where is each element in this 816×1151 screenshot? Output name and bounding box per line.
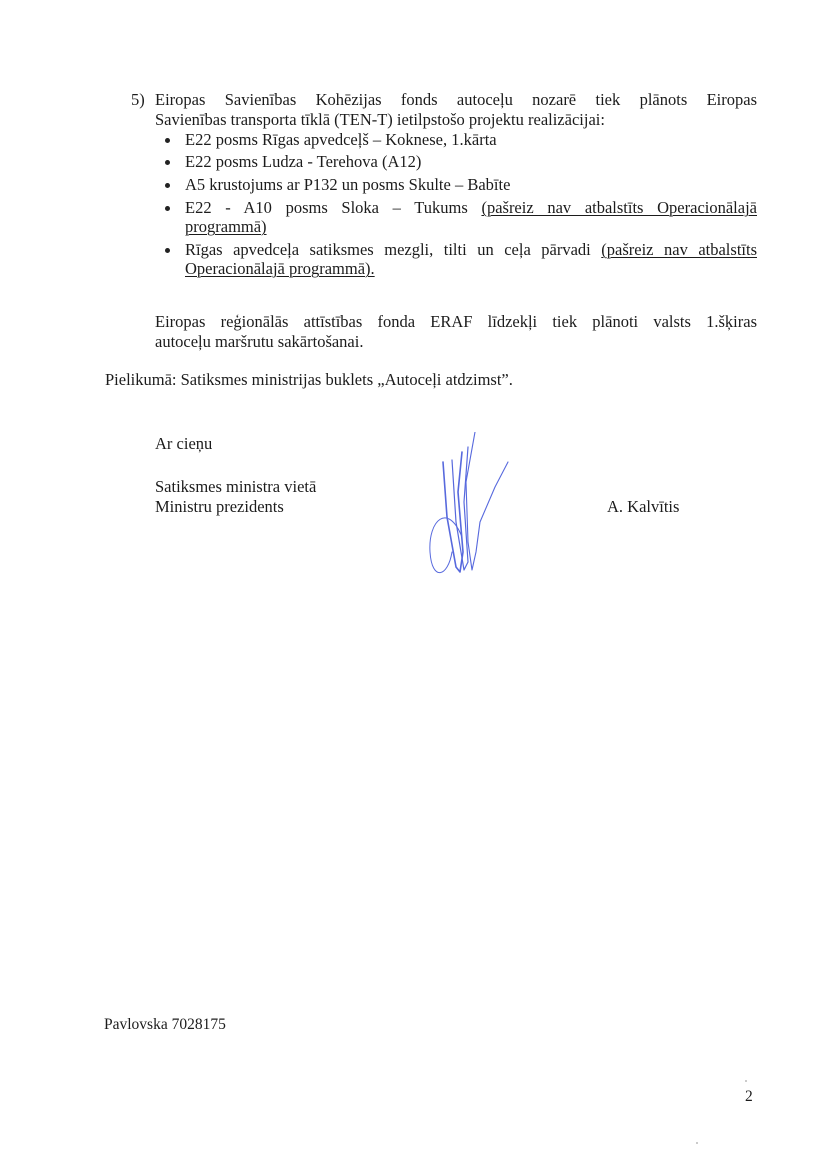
- closing-regards: Ar cieņu: [155, 434, 212, 454]
- list-item-note-cont: programmā): [185, 217, 267, 237]
- page-number: 2: [745, 1087, 753, 1107]
- item5-line1: Eiropas Savienības Kohēzijas fonds autoc…: [155, 90, 757, 110]
- list-item-note-cont: Operacionālajā programmā).: [185, 259, 375, 279]
- list-item-text: E22 - A10 posms Sloka – Tukums: [185, 198, 481, 217]
- list-item: A5 krustojums ar P132 un posms Skulte – …: [185, 175, 510, 195]
- item5-line2: Savienības transporta tīklā (TEN-T) ieti…: [155, 110, 605, 130]
- list-item: Rīgas apvedceļa satiksmes mezgli, tilti …: [185, 240, 757, 260]
- bullet-icon: [165, 138, 170, 143]
- contact-info: Pavlovska 7028175: [104, 1015, 226, 1035]
- scan-speck: [696, 1142, 698, 1144]
- list-item: E22 - A10 posms Sloka – Tukums (pašreiz …: [185, 198, 757, 218]
- signatory-title-line2: Ministru prezidents: [155, 497, 284, 517]
- signatory-title-line1: Satiksmes ministra vietā: [155, 477, 316, 497]
- attachment-note: Pielikumā: Satiksmes ministrijas buklets…: [105, 370, 513, 390]
- bullet-icon: [165, 183, 170, 188]
- handwritten-signature: [420, 432, 540, 582]
- list-item-note: (pašreiz nav atbalstīts: [601, 240, 757, 259]
- list-item-text: Rīgas apvedceļa satiksmes mezgli, tilti …: [185, 240, 601, 259]
- list-item: E22 posms Rīgas apvedceļš – Koknese, 1.k…: [185, 130, 497, 150]
- bullet-icon: [165, 206, 170, 211]
- bullet-icon: [165, 248, 170, 253]
- signatory-name: A. Kalvītis: [607, 497, 679, 517]
- bullet-icon: [165, 160, 170, 165]
- erdf-paragraph-line1: Eiropas reģionālās attīstības fonda ERAF…: [155, 312, 757, 332]
- erdf-paragraph-line2: autoceļu maršrutu sakārtošanai.: [155, 332, 363, 352]
- scan-speck: [745, 1080, 747, 1082]
- list-item-note: (pašreiz nav atbalstīts Operacionālajā: [481, 198, 757, 217]
- item-number: 5): [131, 90, 145, 110]
- list-item: E22 posms Ludza - Terehova (A12): [185, 152, 421, 172]
